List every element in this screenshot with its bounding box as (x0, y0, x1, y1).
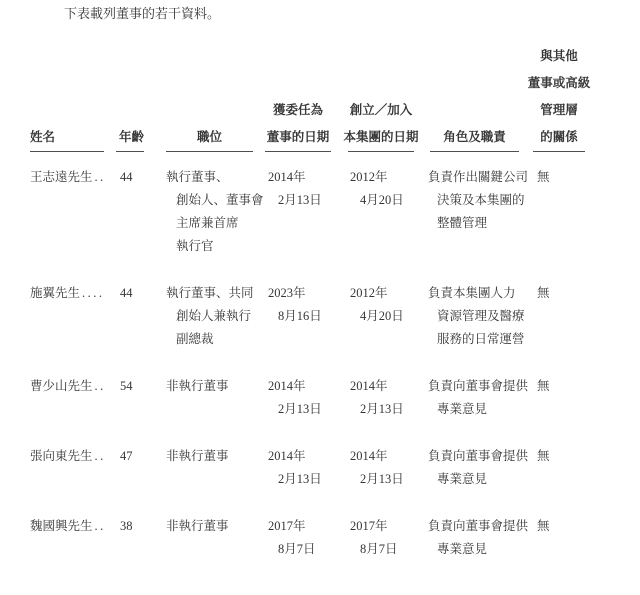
cell-line: 2014年 (265, 166, 348, 189)
cell-line: 8月16日 (265, 305, 348, 328)
role-cell: 負責向董事會提供專業意見 (428, 375, 533, 421)
dot-leader: .. (95, 170, 106, 184)
table-row: 施翼先生.... 44 執行董事、共同創始人兼執行副總裁 2023年8月16日 … (30, 282, 586, 351)
director-name: 施翼先生 (30, 286, 80, 300)
cell-line: 2014年 (265, 445, 348, 468)
header-position: 職位 (166, 124, 265, 152)
table-row: 張向東先生.. 47 非執行董事 2014年2月13日 2014年2月13日 負… (30, 445, 586, 491)
relationship-cell: 無 (533, 445, 586, 468)
header-line: 職位 (197, 124, 222, 151)
name-cell: 王志遠先生.. (30, 166, 116, 189)
relationship-cell: 無 (533, 166, 586, 189)
cell-line: 執行董事、共同 (166, 282, 265, 305)
position-cell: 非執行董事 (166, 375, 265, 398)
cell-line: 執行董事、 (166, 166, 265, 189)
document-page: 下表載列董事的若干資料。 姓名 年齡 職位 獲委任為董事的日期 創立／加入本集團… (0, 0, 640, 595)
header-joined-date-text: 創立／加入本集團的日期 (348, 97, 414, 152)
header-appointed-date-text: 獲委任為董事的日期 (265, 97, 331, 152)
cell-line: 創始人、董事會 (166, 189, 265, 212)
appointed-date-cell: 2014年2月13日 (265, 166, 348, 212)
role-cell: 負責向董事會提供專業意見 (428, 515, 533, 561)
header-line: 董事或高級 (528, 70, 591, 97)
dot-leader: .. (95, 449, 106, 463)
appointed-date-cell: 2023年8月16日 (265, 282, 348, 328)
intro-paragraph: 下表載列董事的若干資料。 (64, 4, 220, 24)
cell-line: 2012年 (348, 166, 428, 189)
directors-table: 姓名 年齡 職位 獲委任為董事的日期 創立／加入本集團的日期 角色及職責 與其他… (30, 43, 586, 561)
cell-line: 決策及本集團的 (428, 189, 533, 212)
cell-line: 資源管理及醫療 (428, 305, 533, 328)
name-cell: 曹少山先生.. (30, 375, 116, 398)
position-cell: 非執行董事 (166, 515, 265, 538)
position-cell: 非執行董事 (166, 445, 265, 468)
appointed-date-cell: 2017年8月7日 (265, 515, 348, 561)
dot-leader: .. (95, 519, 106, 533)
cell-line: 4月20日 (348, 305, 428, 328)
header-relationship-text: 與其他董事或高級管理層的關係 (533, 43, 585, 152)
header-role: 角色及職責 (428, 124, 533, 152)
header-name-text: 姓名 (30, 124, 104, 152)
header-appointed-date: 獲委任為董事的日期 (265, 97, 348, 152)
cell-line: 2012年 (348, 282, 428, 305)
cell-line: 2023年 (265, 282, 348, 305)
header-age: 年齡 (116, 124, 166, 152)
header-line: 年齡 (119, 124, 144, 151)
header-line: 創立／加入 (350, 97, 413, 124)
header-line: 董事的日期 (267, 124, 330, 151)
header-relationship: 與其他董事或高級管理層的關係 (533, 43, 586, 152)
cell-line: 2月13日 (265, 468, 348, 491)
cell-line: 專業意見 (428, 538, 533, 561)
cell-line: 4月20日 (348, 189, 428, 212)
cell-line: 2月13日 (348, 398, 428, 421)
table-header-row: 姓名 年齡 職位 獲委任為董事的日期 創立／加入本集團的日期 角色及職責 與其他… (30, 43, 586, 152)
header-line: 管理層 (540, 97, 578, 124)
cell-line: 2月13日 (348, 468, 428, 491)
header-line: 本集團的日期 (344, 124, 419, 151)
director-name: 曹少山先生 (30, 379, 93, 393)
header-line: 姓名 (30, 124, 55, 151)
joined-date-cell: 2014年2月13日 (348, 375, 428, 421)
cell-line: 負責向董事會提供 (428, 445, 533, 468)
joined-date-cell: 2014年2月13日 (348, 445, 428, 491)
cell-line: 整體管理 (428, 212, 533, 235)
appointed-date-cell: 2014年2月13日 (265, 445, 348, 491)
header-name: 姓名 (30, 124, 116, 152)
relationship-cell: 無 (533, 282, 586, 305)
dot-leader: .. (95, 379, 106, 393)
table-row: 曹少山先生.. 54 非執行董事 2014年2月13日 2014年2月13日 負… (30, 375, 586, 421)
name-cell: 施翼先生.... (30, 282, 116, 305)
joined-date-cell: 2012年4月20日 (348, 166, 428, 212)
table-row: 王志遠先生.. 44 執行董事、創始人、董事會主席兼首席執行官 2014年2月1… (30, 166, 586, 258)
position-cell: 執行董事、共同創始人兼執行副總裁 (166, 282, 265, 351)
cell-line: 8月7日 (265, 538, 348, 561)
age-cell: 54 (116, 375, 166, 398)
header-age-text: 年齡 (116, 124, 144, 152)
relationship-cell: 無 (533, 515, 586, 538)
cell-line: 執行官 (166, 235, 265, 258)
header-position-text: 職位 (166, 124, 253, 152)
cell-line: 8月7日 (348, 538, 428, 561)
position-cell: 執行董事、創始人、董事會主席兼首席執行官 (166, 166, 265, 258)
director-name: 張向東先生 (30, 449, 93, 463)
header-line: 與其他 (540, 43, 578, 70)
header-line: 獲委任為 (273, 97, 323, 124)
cell-line: 非執行董事 (166, 375, 265, 398)
name-cell: 魏國興先生.. (30, 515, 116, 538)
role-cell: 負責向董事會提供專業意見 (428, 445, 533, 491)
cell-line: 2017年 (265, 515, 348, 538)
table-row: 魏國興先生.. 38 非執行董事 2017年8月7日 2017年8月7日 負責向… (30, 515, 586, 561)
cell-line: 負責作出關鍵公司 (428, 166, 533, 189)
joined-date-cell: 2012年4月20日 (348, 282, 428, 328)
dot-leader: .... (82, 286, 105, 300)
cell-line: 副總裁 (166, 328, 265, 351)
name-cell: 張向東先生.. (30, 445, 116, 468)
age-cell: 44 (116, 282, 166, 305)
joined-date-cell: 2017年8月7日 (348, 515, 428, 561)
role-cell: 負責作出關鍵公司決策及本集團的整體管理 (428, 166, 533, 235)
cell-line: 2014年 (348, 445, 428, 468)
table-body: 王志遠先生.. 44 執行董事、創始人、董事會主席兼首席執行官 2014年2月1… (30, 166, 586, 561)
header-line: 角色及職責 (443, 124, 506, 151)
director-name: 王志遠先生 (30, 170, 93, 184)
age-cell: 47 (116, 445, 166, 468)
cell-line: 2017年 (348, 515, 428, 538)
relationship-cell: 無 (533, 375, 586, 398)
header-joined-date: 創立／加入本集團的日期 (348, 97, 428, 152)
cell-line: 2月13日 (265, 398, 348, 421)
cell-line: 創始人兼執行 (166, 305, 265, 328)
header-line: 的關係 (540, 124, 578, 151)
age-cell: 38 (116, 515, 166, 538)
cell-line: 負責本集團人力 (428, 282, 533, 305)
cell-line: 負責向董事會提供 (428, 375, 533, 398)
header-role-text: 角色及職責 (430, 124, 519, 152)
cell-line: 2014年 (348, 375, 428, 398)
cell-line: 服務的日常運營 (428, 328, 533, 351)
cell-line: 專業意見 (428, 398, 533, 421)
appointed-date-cell: 2014年2月13日 (265, 375, 348, 421)
cell-line: 2月13日 (265, 189, 348, 212)
cell-line: 非執行董事 (166, 515, 265, 538)
cell-line: 主席兼首席 (166, 212, 265, 235)
director-name: 魏國興先生 (30, 519, 93, 533)
cell-line: 負責向董事會提供 (428, 515, 533, 538)
age-cell: 44 (116, 166, 166, 189)
cell-line: 專業意見 (428, 468, 533, 491)
cell-line: 非執行董事 (166, 445, 265, 468)
cell-line: 2014年 (265, 375, 348, 398)
role-cell: 負責本集團人力資源管理及醫療服務的日常運營 (428, 282, 533, 351)
